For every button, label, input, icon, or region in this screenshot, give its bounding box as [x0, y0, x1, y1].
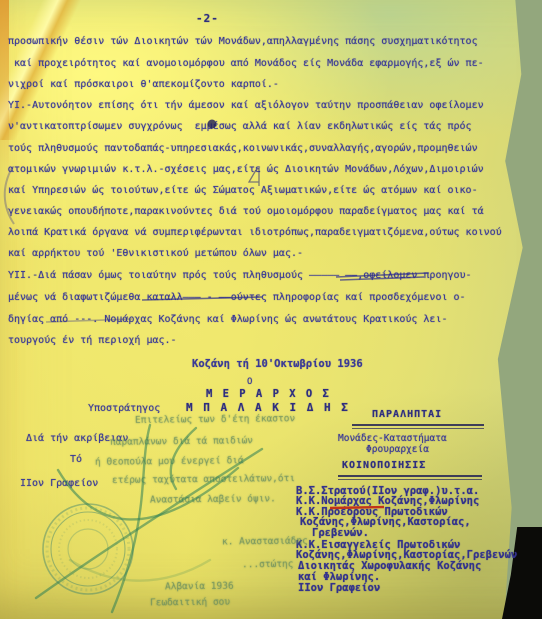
certification-line: ΙΙον Γραφείον: [20, 478, 98, 489]
bleed-through-text: Γεωδαιτική σου: [150, 597, 230, 609]
notification-header: ΚΟΙΝΟΠΟΙΗΣΙΣ: [342, 460, 426, 471]
page-number: -2-: [196, 13, 219, 24]
recipients-sub: Φρουραρχεία: [366, 444, 429, 455]
recipients-sub: Μονάδες-Καταστήματα: [338, 433, 447, 444]
body-line: γενειακώς οπουδήποτε,παρακινούντες διά τ…: [8, 206, 538, 217]
date-place-line: Κοζάνη τή 10'Οκτωβρίου 1936: [192, 359, 363, 370]
bleed-through-text: Επιτελείως των δ'έτη έκαστον: [135, 413, 295, 426]
bleed-through-text: Αναστάσια λαβείν όψιν.: [150, 493, 276, 505]
document-scan: -2- προσωπικήν θέσιν τών Διοικητών τών Μ…: [0, 0, 542, 619]
notification-line: Γρεβενών.: [312, 528, 369, 539]
body-line: προσωπικήν θέσιν τών Διοικητών τών Μονάδ…: [8, 36, 538, 47]
body-line: λοιπά Κρατικά όργανα νά συμπεριφέρωνται …: [8, 227, 538, 238]
body-line: ν'αντικατοπτρίσωμεν συγχρόνως εμμέσως αλ…: [8, 121, 538, 132]
signatory-name: Μ Π Α Λ Α Κ Ι Δ Η Σ: [186, 402, 350, 413]
body-line: δηγίας από ---. Νομάρχας Κοζάνης καί Φλω…: [8, 314, 538, 325]
bleed-through-text: ή Θεοπούλα μου ένεργεί διά: [95, 455, 244, 468]
body-line: ΥΙ.-Αυτονόητον επίσης ότι τήν άμεσον καί…: [8, 100, 538, 111]
signatory-rank: Υποστράτηγος: [88, 403, 160, 414]
body-line: καί Υπηρεσιών ώς τοιούτων,είτε ώς Σώματο…: [8, 185, 538, 196]
bleed-through-text: ...στώτης: [242, 559, 294, 571]
recipients-header: ΠΑΡΑΛΗΠΤΑΙ: [372, 409, 442, 420]
bleed-through-text: κ. Αναστασιάδης: [222, 536, 308, 548]
signature-article: Ο: [247, 377, 252, 388]
bleed-through-text: ετέρως ταχύτατα αποστειλάτων,ότι: [112, 473, 295, 486]
header-underline: [352, 428, 484, 429]
header-underline: [338, 479, 482, 480]
certification-line: Τό: [70, 454, 82, 465]
body-line: ατομικών γνωριμιών κ.τ.λ.-σχέσεις μας,εί…: [8, 164, 538, 175]
header-underline: [352, 424, 484, 426]
body-line: καί αρρήκτου τού 'Εθνικιστικού μετώπου ό…: [8, 248, 538, 259]
body-line: τούς πληθυσμούς παντοδαπάς-υπηρεσιακάς,κ…: [8, 143, 538, 154]
bleed-through-text: παραπλάνων διά τά παιδιών: [110, 435, 253, 447]
notification-line: ΙΙον Γραφείον: [298, 583, 380, 594]
header-underline: [338, 475, 482, 477]
body-line: τουργούς έν τή περιοχή μας.-: [8, 335, 538, 346]
body-line: μένως νά διαφωτιζώμεθα καταλλ——— - ——ούν…: [8, 292, 538, 303]
bleed-through-text: Αλβανία 1936: [165, 581, 234, 593]
body-line: καί προχειρότητος καί ανομοιομόρφου από …: [8, 58, 538, 69]
body-line: ΥΙΙ.-Διά πάσαν όμως τοιαύτην πρός τούς π…: [8, 270, 538, 281]
signatory-title: Μ Ε Ρ Α Ρ Χ Ο Σ: [206, 389, 331, 400]
body-line: νιχροί καί πρόσκαιροι θ'απεκομίζοντο καρ…: [8, 79, 538, 90]
